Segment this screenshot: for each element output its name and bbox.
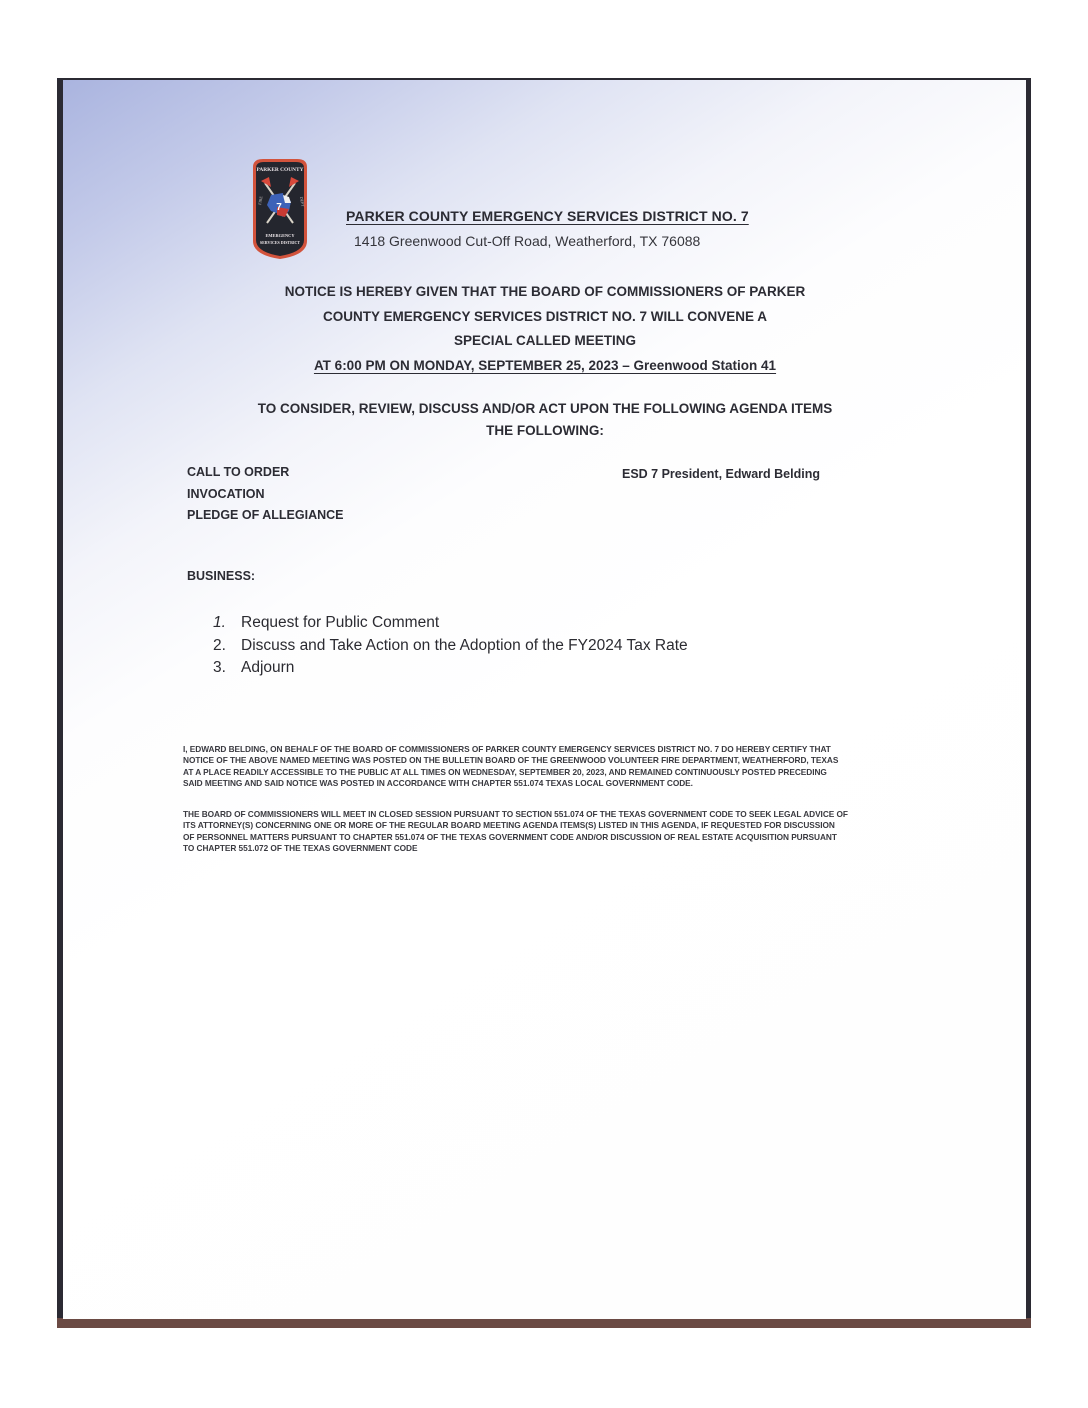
opening-items: CALL TO ORDER INVOCATION PLEDGE OF ALLEG… (187, 462, 344, 527)
business-agenda-list: 1. Request for Public Comment 2. Discuss… (210, 612, 688, 680)
agenda-item: 3. Adjourn (210, 657, 688, 680)
logo-bottom-text-2: SERVICES DISTRICT (260, 240, 301, 245)
opening-item: PLEDGE OF ALLEGIANCE (187, 505, 344, 527)
organization-name: PARKER COUNTY EMERGENCY SERVICES DISTRIC… (340, 208, 749, 224)
agenda-item-number: 3. (210, 657, 241, 680)
notice-line-3: SPECIAL CALLED MEETING (180, 329, 910, 354)
agenda-item-text: Adjourn (241, 657, 294, 680)
agenda-item-text: Request for Public Comment (241, 612, 439, 635)
organization-address: 1418 Greenwood Cut-Off Road, Weatherford… (340, 233, 760, 249)
agenda-item-number: 1. (210, 612, 241, 635)
logo-top-text: PARKER COUNTY (256, 167, 303, 173)
agenda-item-number: 2. (210, 635, 241, 658)
notice-line-1: NOTICE IS HEREBY GIVEN THAT THE BOARD OF… (180, 280, 910, 305)
certification-line: AT A PLACE READILY ACCESSIBLE TO THE PUB… (183, 767, 893, 778)
certification-line: NOTICE OF THE ABOVE NAMED MEETING WAS PO… (183, 755, 893, 766)
closed-session-line: OF PERSONNEL MATTERS PURSUANT TO CHAPTER… (183, 832, 893, 843)
parker-county-esd-fire-patch-icon: PARKER COUNTY 7 FIRE DEPT EMERGENCY SERV… (249, 157, 311, 261)
meeting-notice: NOTICE IS HEREBY GIVEN THAT THE BOARD OF… (180, 280, 910, 378)
logo-bottom-text-1: EMERGENCY (265, 233, 295, 238)
meeting-date-time: AT 6:00 PM ON MONDAY, SEPTEMBER 25, 2023… (314, 358, 776, 373)
closed-session-line: ITS ATTORNEY(S) CONCERNING ONE OR MORE O… (183, 820, 893, 831)
agenda-intro-line-1: TO CONSIDER, REVIEW, DISCUSS AND/OR ACT … (180, 398, 910, 420)
notice-line-2: COUNTY EMERGENCY SERVICES DISTRICT NO. 7… (180, 305, 910, 330)
photo-backdrop-edge (57, 1318, 1031, 1328)
closed-session-notice: THE BOARD OF COMMISSIONERS WILL MEET IN … (183, 809, 893, 855)
closed-session-line: THE BOARD OF COMMISSIONERS WILL MEET IN … (183, 809, 893, 820)
presiding-officer: ESD 7 President, Edward Belding (622, 467, 820, 481)
closed-session-line: TO CHAPTER 551.072 OF THE TEXAS GOVERNME… (183, 843, 893, 854)
certification-line: I, EDWARD BELDING, ON BEHALF OF THE BOAR… (183, 744, 893, 755)
opening-item: CALL TO ORDER (187, 462, 344, 484)
agenda-item-text: Discuss and Take Action on the Adoption … (241, 635, 688, 658)
agenda-item: 1. Request for Public Comment (210, 612, 688, 635)
agenda-item: 2. Discuss and Take Action on the Adopti… (210, 635, 688, 658)
logo-number: 7 (276, 202, 282, 213)
letterhead: PARKER COUNTY EMERGENCY SERVICES DISTRIC… (340, 208, 760, 249)
certification-line: SAID MEETING AND SAID NOTICE WAS POSTED … (183, 778, 893, 789)
document-page (63, 80, 1026, 1319)
agenda-intro-line-2: THE FOLLOWING: (180, 420, 910, 442)
business-heading: BUSINESS: (187, 569, 255, 583)
opening-item: INVOCATION (187, 484, 344, 506)
agenda-intro: TO CONSIDER, REVIEW, DISCUSS AND/OR ACT … (180, 398, 910, 442)
posting-certification: I, EDWARD BELDING, ON BEHALF OF THE BOAR… (183, 744, 893, 790)
